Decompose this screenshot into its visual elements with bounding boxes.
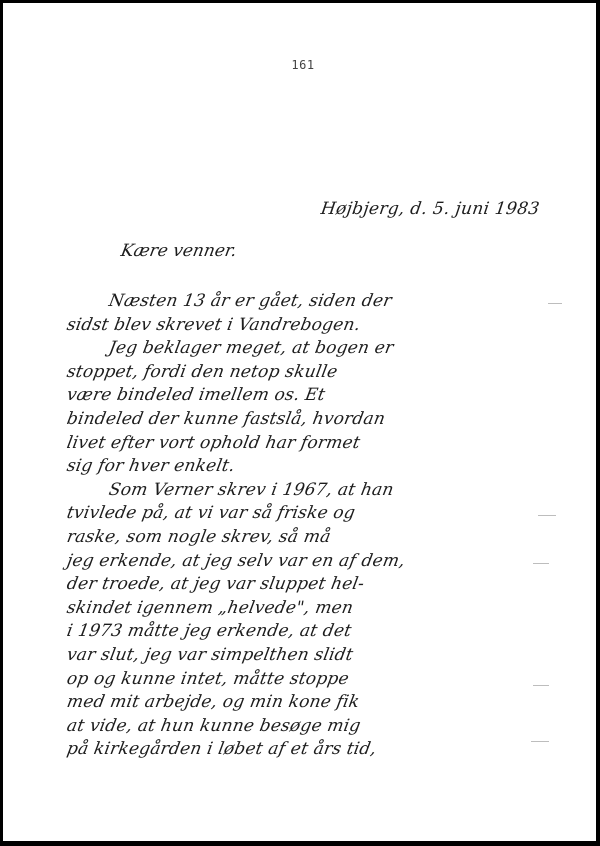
letter-line: sig for hver enkelt. — [65, 454, 237, 478]
scan-artifact — [531, 741, 549, 742]
letter-greeting: Kære venner. — [119, 241, 238, 261]
letter-line: op og kunne intet, måtte stoppe — [65, 667, 351, 691]
scan-artifact — [548, 303, 562, 304]
scan-artifact — [533, 685, 549, 686]
letter-line: i 1973 måtte jeg erkende, at det — [65, 619, 354, 643]
letter-line: jeg erkende, at jeg selv var en af dem, — [65, 549, 407, 573]
letter-line: der troede, at jeg var sluppet hel- — [65, 572, 366, 596]
letter-line: skindet igennem „helvede", men — [65, 596, 355, 620]
letter-line: være bindeled imellem os. Et — [65, 383, 327, 407]
page-number: 161 — [3, 58, 600, 72]
letter-line: var slut, jeg var simpelthen slidt — [65, 643, 355, 667]
letter-line: raske, som nogle skrev, så må — [65, 525, 333, 549]
scanned-letter-page: 161 Højbjerg, d. 5. juni 1983 Kære venne… — [0, 0, 600, 846]
letter-dateline: Højbjerg, d. 5. juni 1983 — [320, 199, 541, 219]
letter-line: Næsten 13 år er gået, siden der — [107, 289, 394, 313]
scan-artifact — [533, 563, 549, 564]
letter-line: stoppet, fordi den netop skulle — [65, 360, 340, 384]
letter-line: Jeg beklager meget, at bogen er — [107, 336, 396, 360]
letter-line: bindeled der kunne fastslå, hvordan — [65, 407, 387, 431]
letter-line: tvivlede på, at vi var så friske og — [65, 501, 357, 525]
letter-line: at vide, at hun kunne besøge mig — [65, 714, 363, 738]
letter-line: med mit arbejde, og min kone fik — [65, 690, 362, 714]
letter-line: sidst blev skrevet i Vandrebogen. — [65, 313, 362, 337]
scan-artifact — [538, 515, 556, 516]
letter-line: på kirkegården i løbet af et års tid, — [65, 737, 378, 761]
letter-line: Som Verner skrev i 1967, at han — [107, 478, 396, 502]
letter-line: livet efter vort ophold har formet — [65, 431, 362, 455]
